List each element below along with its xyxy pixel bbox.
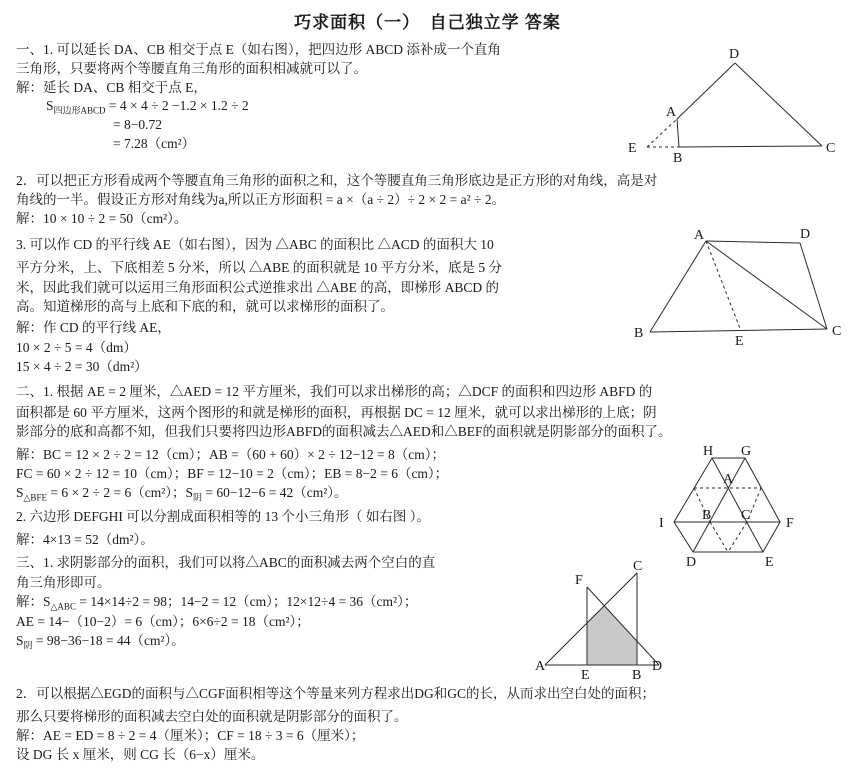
vertex-label-B: B [673,151,682,166]
text-line-s4-1: 二、1. 根据 AE = 2 厘米，△AED = 12 平方厘米，我们可以求出梯… [16,383,652,401]
text-line-s2-2: 角线的一半。假设正方形对角线为a,所以正方形面积 = a ×（a ÷ 2）÷ 2… [16,191,505,209]
vertex-label-A: A [723,472,734,487]
formula-line-s3-7: 15 × 4 ÷ 2 = 30（dm²） [16,358,148,376]
vertex-label-C: C [826,141,835,156]
vertex-label-E: E [628,141,637,156]
formula-subscript: △BFE [24,493,47,503]
vertex-label-C: C [741,508,750,523]
diagram-shaded-triangles: C F A E B D [535,558,675,682]
vertex-label-A: A [666,105,677,120]
formula-text: S [16,633,24,648]
diagram-trapezoid-abcd: A D B C E [628,225,855,347]
formula-text: = 6 × 2 ÷ 2 = 6（cm²）；S [47,485,193,500]
text-line-s4-2: 面积都是 60 平方厘米，这两个图形的和就是梯形的面积，再根据 DC = 12 … [16,404,657,422]
text-line-s4-7: 2. 六边形 DEFGHI 可以分割成面积相等的 13 个小三角形（ 如右图 ）… [16,508,430,526]
edge-AD [706,241,800,243]
formula-text: S [46,98,54,113]
vertex-label-D: D [800,227,810,242]
page-title: 巧求面积（一） 自己独立学 答案 [0,8,855,33]
formula-line-s4-8: 解：4×13 = 52（dm²）。 [16,531,154,549]
text-line-s3-5: 解：作 CD 的平行线 AE， [16,319,171,337]
edge-BC [650,329,827,332]
vertex-label-B: B [634,326,643,341]
vertex-label-E: E [765,555,774,569]
diagonal-AC [706,241,827,329]
vertex-label-B: B [632,668,641,682]
formula-line-s3-6: 10 × 2 ÷ 5 = 4（dm） [16,339,137,357]
formula-text: = 14×14÷2 = 98；14−2 = 12（cm）；12×12÷4 = 3… [76,594,417,609]
formula-line-s5-5: S阴 = 98−36−18 = 44（cm²）。 [16,632,185,650]
dashed-B-bottom [710,522,728,552]
text-line-s2-1: 2．可以把正方形看成两个等腰直角三角形的面积之和，这个等腰直角三角形底边是正方形… [16,172,657,190]
text-line-s1-3: 解：延长 DA、CB 相交于点 E， [16,79,207,97]
formula-line-s1-4: S四边形ABCD = 4 × 4 ÷ 2 −1.2 × 1.2 ÷ 2 [46,97,249,115]
vertex-label-I: I [659,516,664,531]
edge-BC [679,146,822,147]
vertex-label-E: E [735,334,744,347]
vertex-label-D: D [686,555,696,569]
formula-line-s6-4: 设 DG 长 x 厘米，则 CG 长（6−x）厘米。 [16,746,264,764]
vertex-label-A: A [694,228,705,243]
formula-line-s1-5: = 8−0.72 [113,116,162,134]
formula-text: S [16,485,24,500]
edge-AB [677,119,679,147]
formula-text: = 98−36−18 = 44（cm²）。 [33,633,185,648]
formula-subscript: △ABC [51,602,76,612]
text-line-s6-1: 2．可以根据△EGD的面积与△CGF面积相等这个等量来列方程求出DG和GC的长，… [16,685,655,703]
text-line-s5-1: 三、1. 求阴影部分的面积，我们可以将△ABC的面积减去两个空白的直 [16,554,435,572]
formula-line-s6-3: 解：AE = ED = 8 ÷ 2 = 4（厘米）；CF = 18 ÷ 3 = … [16,727,364,745]
text-line-s3-4: 高。知道梯形的高与上底和下底的和，就可以求梯形的面积了。 [16,298,394,316]
edge-CD [735,63,822,146]
text-line-s5-2: 角三角形即可。 [16,574,111,592]
text-line-s4-3: 影部分的底和高都不知，但我们只要将四边形ABFD的面积减去△AED和△BEF的面… [16,423,672,441]
vertex-label-F: F [786,516,794,531]
text-line-s1-1: 一、1. 可以延长 DA、CB 相交于点 E（如右图），把四边形 ABCD 添补… [16,41,501,59]
vertex-label-C: C [633,559,642,574]
formula-line-s5-4: AE = 14−（10−2）= 6（cm）；6×6÷2 = 18（cm²）； [16,613,310,631]
text-line-s6-2: 那么只要将梯形的面积减去空白处的面积就是阴影部分的面积了。 [16,708,408,726]
dashed-EA [647,119,677,147]
text-line-s2-3: 解：10 × 10 ÷ 2 = 50（cm²）。 [16,210,187,228]
formula-line-s4-4: 解：BC = 12 × 2 ÷ 2 = 12（cm）；AB =（60 + 60）… [16,446,445,464]
vertex-label-F: F [575,573,583,588]
worksheet-page: 巧求面积（一） 自己独立学 答案 一、1. 可以延长 DA、CB 相交于点 E（… [0,0,855,768]
vertex-label-H: H [703,444,713,459]
dashed-AE [706,241,741,331]
text-line-s1-2: 三角形，只要将两个等腰直角三角形的面积相减就可以了。 [16,60,367,78]
edge-DA [677,63,735,119]
formula-line-s4-6: S△BFE = 6 × 2 ÷ 2 = 6（cm²）；S阴 = 60−12−6 … [16,484,348,502]
formula-subscript: 阴 [193,493,202,503]
text-line-s3-3: 米，因此我们就可以运用三角形面积公式逆推求出 △ABE 的高，即梯形 ABCD … [16,279,499,297]
vertex-label-D: D [652,659,662,674]
vertex-label-C: C [832,324,841,339]
edge-DC [800,243,827,329]
formula-subscript: 阴 [24,641,33,651]
edge-AB [650,241,706,332]
text-line-s3-2: 平方分米，上、下底相差 5 分米，所以 △ABE 的面积就是 10 平方分米，底… [16,259,502,277]
dashed-C-bottom [728,522,747,552]
formula-line-s1-6: = 7.28（cm²） [113,135,195,153]
formula-text: = 4 × 4 ÷ 2 −1.2 × 1.2 ÷ 2 [106,98,249,113]
diagram-quadrilateral-abcd: D A B C E [625,40,855,168]
formula-text: = 60−12−6 = 42（cm²）。 [202,485,348,500]
vertex-label-G: G [741,444,751,459]
diagram-hexagon-defghi: H G A I B C F D E [653,443,803,569]
text-line-s3-1: 3. 可以作 CD 的平行线 AE（如右图），因为 △ABC 的面积比 △ACD… [16,236,494,254]
formula-line-s4-5: FC = 60 × 2 ÷ 12 = 10（cm）；BF = 12−10 = 2… [16,465,448,483]
formula-text: 解：S [16,594,51,609]
vertex-label-B: B [702,508,711,523]
vertex-label-A: A [535,659,546,674]
formula-subscript: 四边形ABCD [54,106,106,116]
formula-line-s5-3: 解：S△ABC = 14×14÷2 = 98；14−2 = 12（cm）；12×… [16,593,417,611]
vertex-label-E: E [581,668,590,682]
vertex-label-D: D [729,47,739,62]
